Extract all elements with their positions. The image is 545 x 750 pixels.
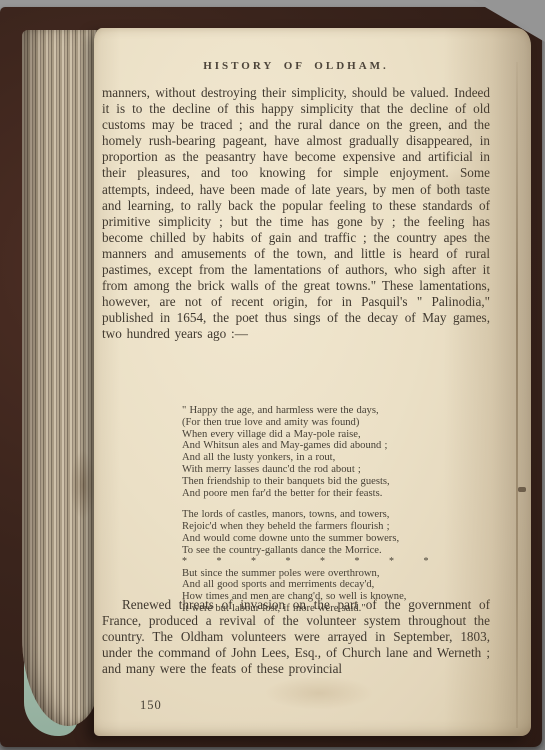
poem-line: And poore men far'd the better for their… <box>182 488 492 500</box>
poem-line: And Whitsun ales and May-games did aboun… <box>182 440 492 452</box>
poem-line: When every village did a May-pole raise, <box>182 429 492 441</box>
book-page: HISTORY OF OLDHAM. manners, without dest… <box>94 28 531 736</box>
poem-line: And would come downe unto the summer bow… <box>182 533 492 545</box>
asterisk-separator: * * * * * * * * <box>182 557 492 566</box>
poem-line: And all good sports and merriments decay… <box>182 579 492 591</box>
ink-speck <box>518 487 526 492</box>
poem-line: (For then true love and amity was found) <box>182 417 492 429</box>
poem-line: But since the summer poles were overthro… <box>182 568 492 580</box>
book-photo: HISTORY OF OLDHAM. manners, without dest… <box>0 0 545 750</box>
poem-line: With merry lasses daunc'd the rod about … <box>182 464 492 476</box>
poem-line: " Happy the age, and harmless were the d… <box>182 405 492 417</box>
page-stain <box>264 676 374 710</box>
body-paragraph-2: Renewed threats of invasion on the part … <box>102 597 490 677</box>
poem-stanza-2: The lords of castles, manors, towns, and… <box>182 509 492 556</box>
edge-smudge <box>70 450 96 520</box>
poem-line: And all the lusty yonkers, in a rout, <box>182 452 492 464</box>
page-edges-stack <box>22 30 98 726</box>
page-fold-line <box>516 62 518 728</box>
poem-line: Then friendship to their banquets bid th… <box>182 476 492 488</box>
poem-line: Rejoic'd when they beheld the farmers fl… <box>182 521 492 533</box>
running-header: HISTORY OF OLDHAM. <box>102 60 490 72</box>
poem-line: The lords of castles, manors, towns, and… <box>182 509 492 521</box>
poem-line: To see the country-gallants dance the Mo… <box>182 545 492 557</box>
poem-stanza-1: " Happy the age, and harmless were the d… <box>182 405 492 499</box>
page-number: 150 <box>140 698 162 713</box>
body-paragraph-1: manners, without destroying their simpli… <box>102 85 490 343</box>
poem-quote: " Happy the age, and harmless were the d… <box>182 405 492 625</box>
